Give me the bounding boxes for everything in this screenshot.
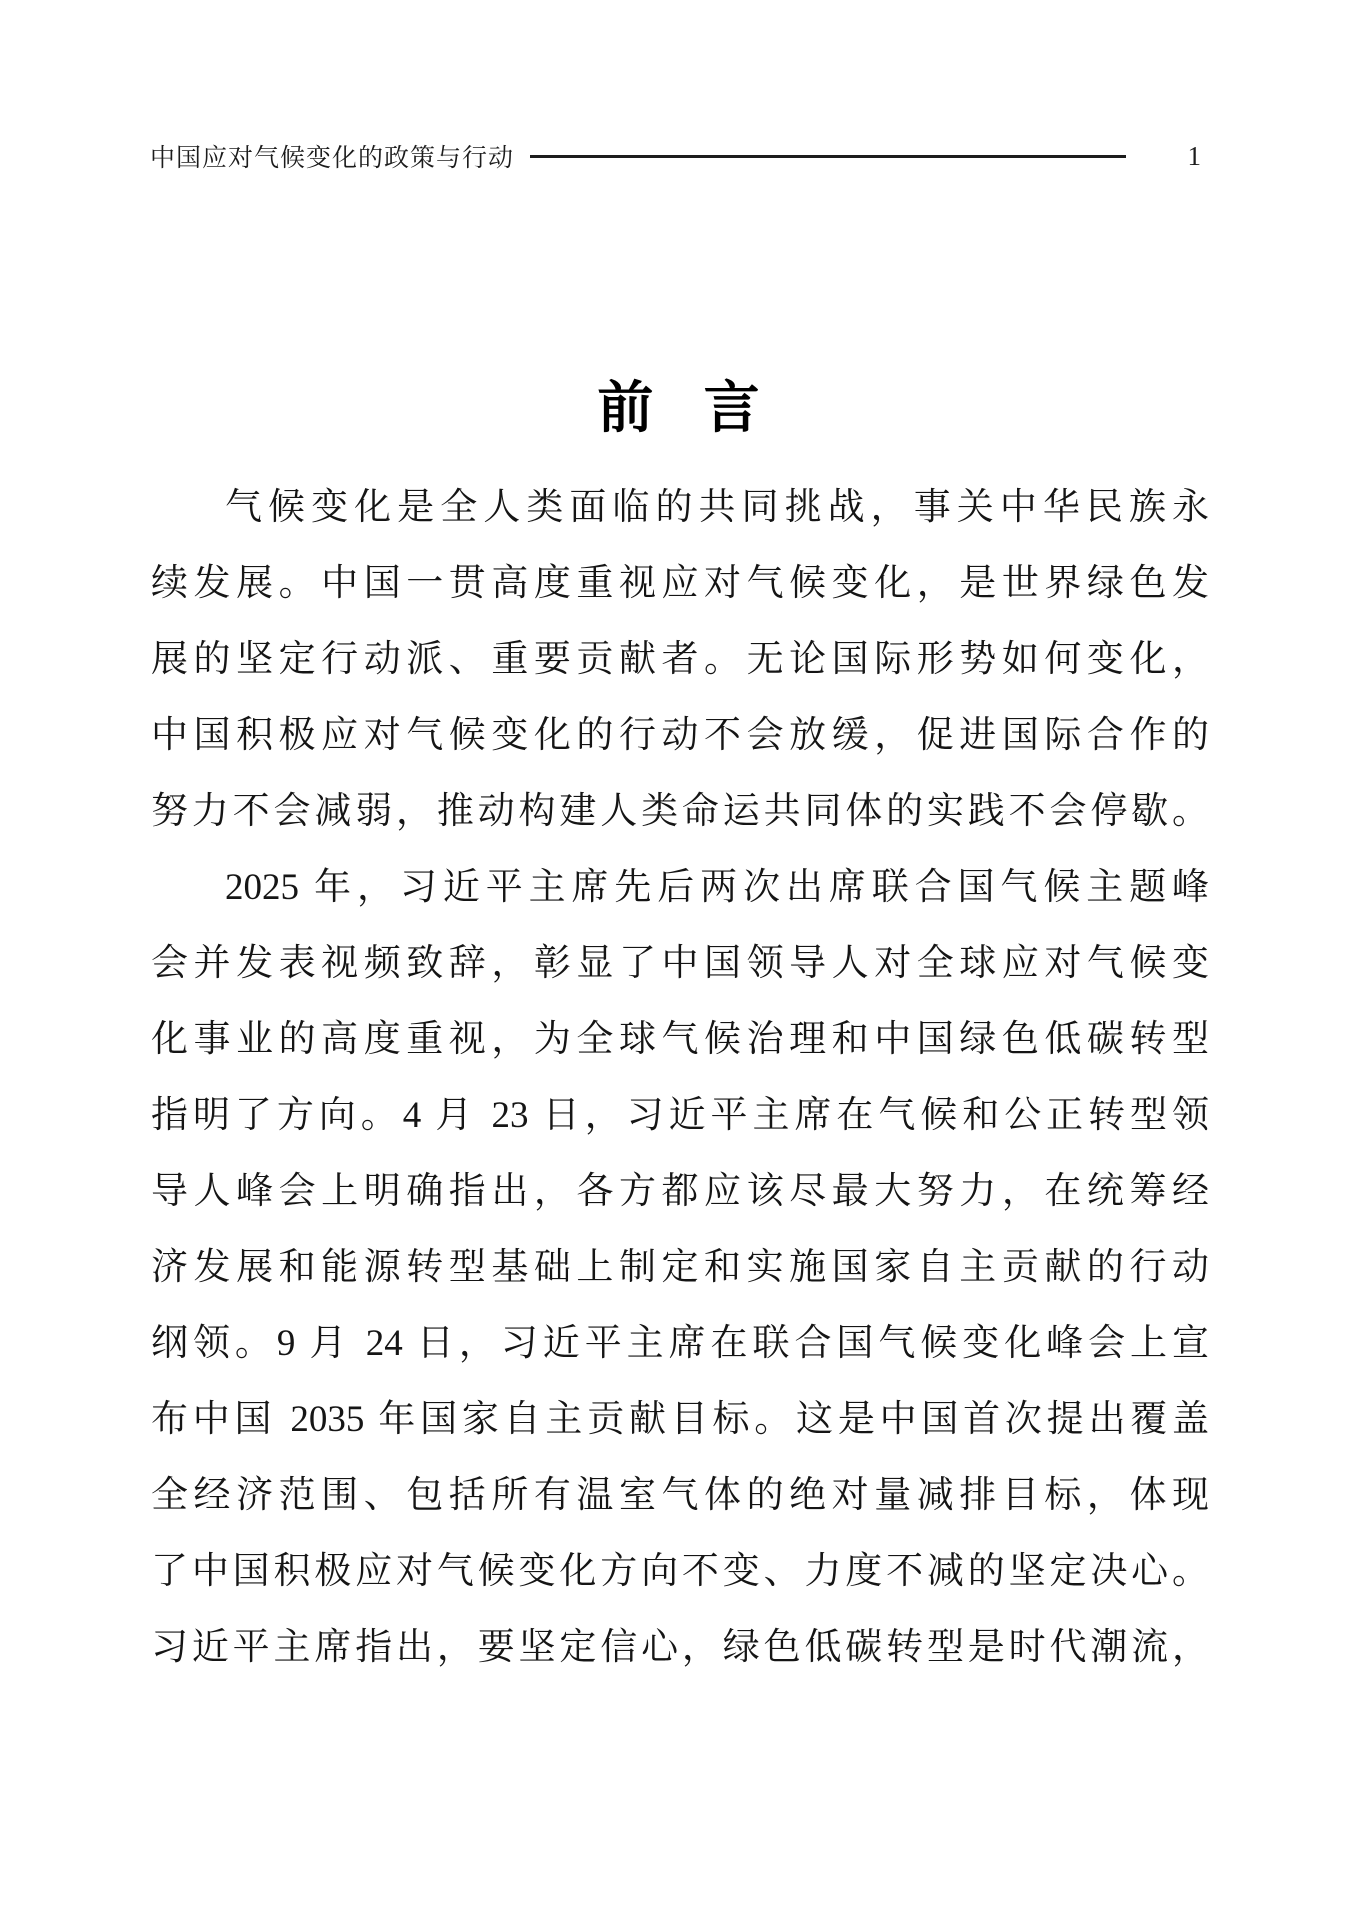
body-line: 气候变化是全人类面临的共同挑战，事关中华民族永 — [151, 470, 1209, 546]
body-line: 化事业的高度重视，为全球气候治理和中国绿色低碳转型 — [151, 1002, 1209, 1078]
body-line: 展的坚定行动派、重要贡献者。无论国际形势如何变化， — [151, 622, 1209, 698]
body-line: 会并发表视频致辞，彰显了中国领导人对全球应对气候变 — [151, 926, 1209, 1002]
section-title: 前 言 — [0, 364, 1359, 444]
body-line: 全经济范围、包括所有温室气体的绝对量减排目标，体现 — [151, 1458, 1209, 1534]
body-line: 2025 年，习近平主席先后两次出席联合国气候主题峰 — [151, 850, 1209, 926]
body-line: 导人峰会上明确指出，各方都应该尽最大努力，在统筹经 — [151, 1154, 1209, 1230]
body-line: 努力不会减弱，推动构建人类命运共同体的实践不会停歇。 — [151, 774, 1209, 850]
page-number: 1 — [1188, 141, 1202, 172]
body-line: 习近平主席指出，要坚定信心，绿色低碳转型是时代潮流， — [151, 1610, 1209, 1686]
body-line: 济发展和能源转型基础上制定和实施国家自主贡献的行动 — [151, 1230, 1209, 1306]
body-line: 布中国 2035 年国家自主贡献目标。这是中国首次提出覆盖 — [151, 1382, 1209, 1458]
body-text: 气候变化是全人类面临的共同挑战，事关中华民族永 续发展。中国一贯高度重视应对气候… — [151, 470, 1209, 1686]
running-title: 中国应对气候变化的政策与行动 — [150, 138, 514, 174]
body-line: 了中国积极应对气候变化方向不变、力度不减的坚定决心。 — [151, 1534, 1209, 1610]
header-rule — [530, 155, 1125, 158]
document-page: 中国应对气候变化的政策与行动 1 前 言 气候变化是全人类面临的共同挑战，事关中… — [0, 0, 1359, 1920]
paragraph: 2025 年，习近平主席先后两次出席联合国气候主题峰 会并发表视频致辞，彰显了中… — [151, 850, 1209, 1686]
page-header: 中国应对气候变化的政策与行动 1 — [150, 138, 1201, 174]
paragraph: 气候变化是全人类面临的共同挑战，事关中华民族永 续发展。中国一贯高度重视应对气候… — [151, 470, 1209, 850]
body-line: 纲领。9 月 24 日，习近平主席在联合国气候变化峰会上宣 — [151, 1306, 1209, 1382]
body-line: 指明了方向。4 月 23 日，习近平主席在气候和公正转型领 — [151, 1078, 1209, 1154]
body-line: 中国积极应对气候变化的行动不会放缓，促进国际合作的 — [151, 698, 1209, 774]
body-line: 续发展。中国一贯高度重视应对气候变化，是世界绿色发 — [151, 546, 1209, 622]
